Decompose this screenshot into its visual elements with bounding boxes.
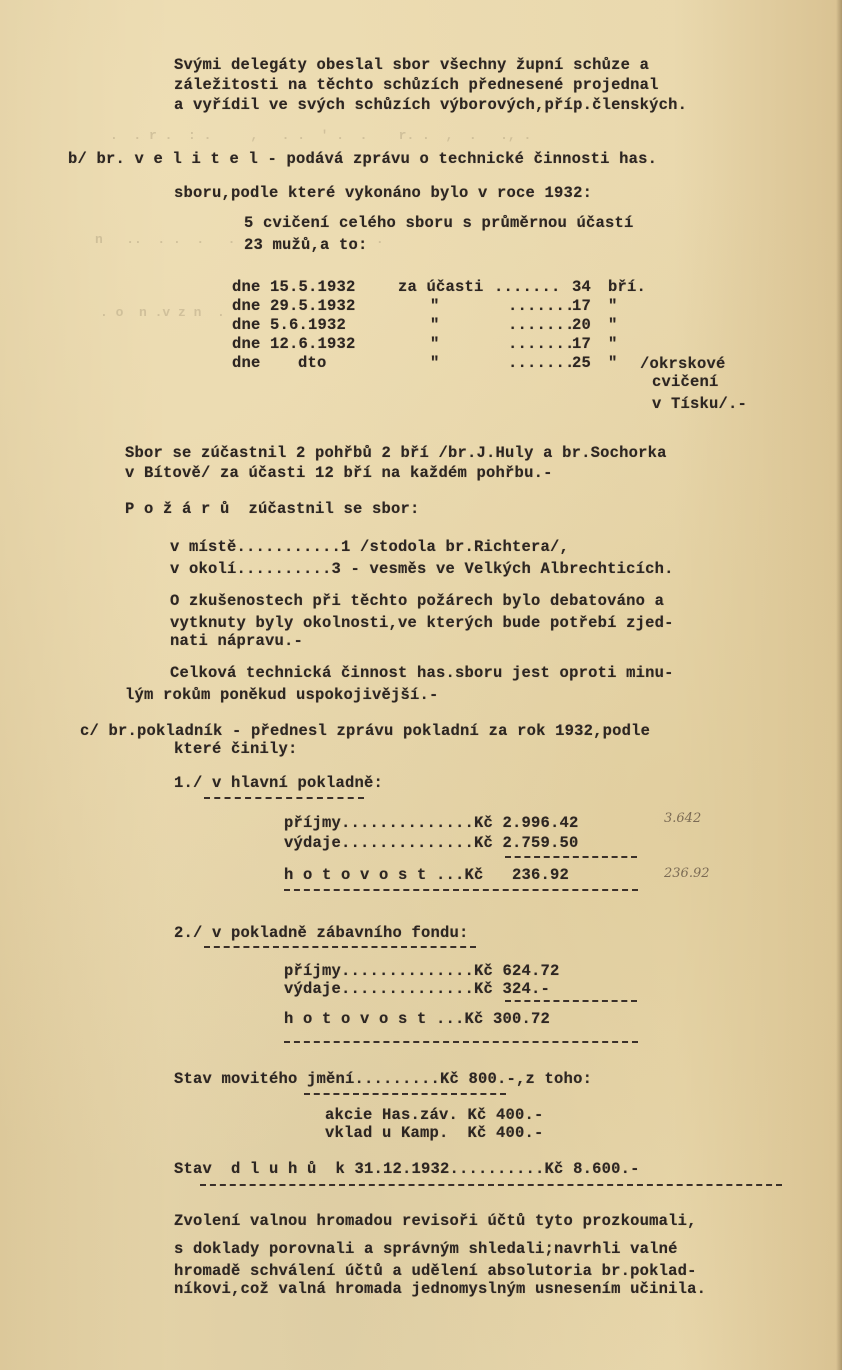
exercise-count: 34 <box>572 278 591 296</box>
exercise-date: 5.6.1932 <box>270 316 346 334</box>
fires-local: v místě...........1 /stodola br.Richtera… <box>170 538 569 556</box>
underline <box>200 1184 782 1186</box>
fund-title: 2./ v pokladně zábavního fondu: <box>174 924 469 942</box>
exercise-date: 15.5.1932 <box>270 278 356 296</box>
dot-leader: ....... <box>494 278 561 296</box>
exercise-unit: bří. <box>608 278 646 296</box>
overall-line-2: lým rokům poněkud uspokojivější.- <box>125 686 439 704</box>
underline <box>304 1093 506 1095</box>
exercise-label: dne <box>232 316 261 334</box>
section-b-heading: b/ br. v e l i t e l - podává zprávu o t… <box>68 150 657 168</box>
bleed-through-text: . o n .v z n . <box>100 305 225 320</box>
paragraph-1-line-3: a vyřídil ve svých schůzích výborových,p… <box>174 96 687 114</box>
dot-leader: ....... <box>508 297 575 315</box>
experience-line-3: nati nápravu.- <box>170 632 303 650</box>
dot-leader: ....... <box>508 316 575 334</box>
exercises-intro-2: 23 mužů,a to: <box>244 236 368 254</box>
section-c-heading: c/ br.pokladník - přednesl zprávu poklad… <box>80 722 650 740</box>
debts-line: Stav d l u h ů k 31.12.1932..........Kč … <box>174 1160 640 1178</box>
main-cash-title: 1./ v hlavní pokladně: <box>174 774 383 792</box>
sum-rule <box>505 856 637 858</box>
underline <box>204 797 364 799</box>
handwritten-note-balance: 236.92 <box>664 866 710 881</box>
section-b-line-2: sboru,podle které vykonáno bylo v roce 1… <box>174 184 592 202</box>
fires-heading: P o ž á r ů zúčastnil se sbor: <box>125 500 420 518</box>
bleed-through-text: . . r . : . , . . ' . . r. . , . ., . <box>110 128 531 143</box>
exercise-remark-1: /okrskové <box>640 355 726 373</box>
fires-nearby: v okolí..........3 - vesměs ve Velkých A… <box>170 560 674 578</box>
exercise-label: dne <box>232 297 261 315</box>
exercise-note: " <box>430 297 440 315</box>
exercise-date: 29.5.1932 <box>270 297 356 315</box>
exercise-note: " <box>430 354 440 372</box>
main-cash-expenses: výdaje..............Kč 2.759.50 <box>284 834 579 852</box>
assets-line: Stav movitého jmění.........Kč 800.-,z t… <box>174 1070 592 1088</box>
closing-line-2: s doklady porovnali a správným shledali;… <box>174 1240 678 1258</box>
underline <box>204 946 476 948</box>
assets-item-1: akcie Has.záv. Kč 400.- <box>325 1106 544 1124</box>
exercise-label: dne <box>232 278 261 296</box>
main-cash-balance: h o t o v o s t ...Kč 236.92 <box>284 866 569 884</box>
dot-leader: ....... <box>508 354 575 372</box>
closing-line-1: Zvolení valnou hromadou revisoři účtů ty… <box>174 1212 697 1230</box>
experience-line-1: O zkušenostech při těchto požárech bylo … <box>170 592 664 610</box>
exercise-date: 12.6.1932 <box>270 335 356 353</box>
fund-expenses: výdaje..............Kč 324.- <box>284 980 550 998</box>
experience-line-2: vytknuty byly okolnosti,ve kterých bude … <box>170 614 674 632</box>
page-edge-shadow <box>836 0 842 1370</box>
exercise-count: 17 <box>572 335 591 353</box>
exercise-count: 20 <box>572 316 591 334</box>
exercise-label: dne <box>232 354 261 372</box>
funerals-line-1: Sbor se zúčastnil 2 pohřbů 2 bří /br.J.H… <box>125 444 667 462</box>
exercise-date: dto <box>298 354 327 372</box>
closing-line-4: níkovi,což valná hromada jednomyslným us… <box>174 1280 706 1298</box>
fund-balance: h o t o v o s t ...Kč 300.72 <box>284 1010 550 1028</box>
assets-item-2: vklad u Kamp. Kč 400.- <box>325 1124 544 1142</box>
exercise-count: 25 <box>572 354 591 372</box>
exercise-unit: " <box>608 316 618 334</box>
exercise-remark-2: cvičení <box>652 373 719 391</box>
exercise-note: " <box>430 335 440 353</box>
exercise-remark-3: v Tísku/.- <box>652 395 747 413</box>
exercise-count: 17 <box>572 297 591 315</box>
handwritten-note-income: 3.642 <box>664 811 701 826</box>
closing-line-3: hromadě schválení účtů a udělení absolut… <box>174 1262 697 1280</box>
exercise-unit: " <box>608 335 618 353</box>
main-cash-income: příjmy..............Kč 2.996.42 <box>284 814 579 832</box>
paragraph-1-line-2: záležitosti na těchto schůzích přednesen… <box>174 76 659 94</box>
fund-income: příjmy..............Kč 624.72 <box>284 962 560 980</box>
paragraph-1-line-1: Svými delegáty obeslal sbor všechny župn… <box>174 56 649 74</box>
sum-rule <box>505 1000 637 1002</box>
double-rule <box>284 889 638 891</box>
exercise-note: " <box>430 316 440 334</box>
funerals-line-2: v Bítově/ za účasti 12 bří na každém poh… <box>125 464 553 482</box>
exercise-unit: " <box>608 297 618 315</box>
section-c-line-2: které činily: <box>174 740 298 758</box>
underline <box>284 1041 638 1043</box>
exercise-note: za účasti <box>398 278 484 296</box>
exercise-unit: " <box>608 354 618 372</box>
dot-leader: ....... <box>508 335 575 353</box>
exercise-label: dne <box>232 335 261 353</box>
overall-line-1: Celková technická činnost has.sboru jest… <box>170 664 674 682</box>
exercises-intro-1: 5 cvičení celého sboru s průměrnou účast… <box>244 214 634 232</box>
